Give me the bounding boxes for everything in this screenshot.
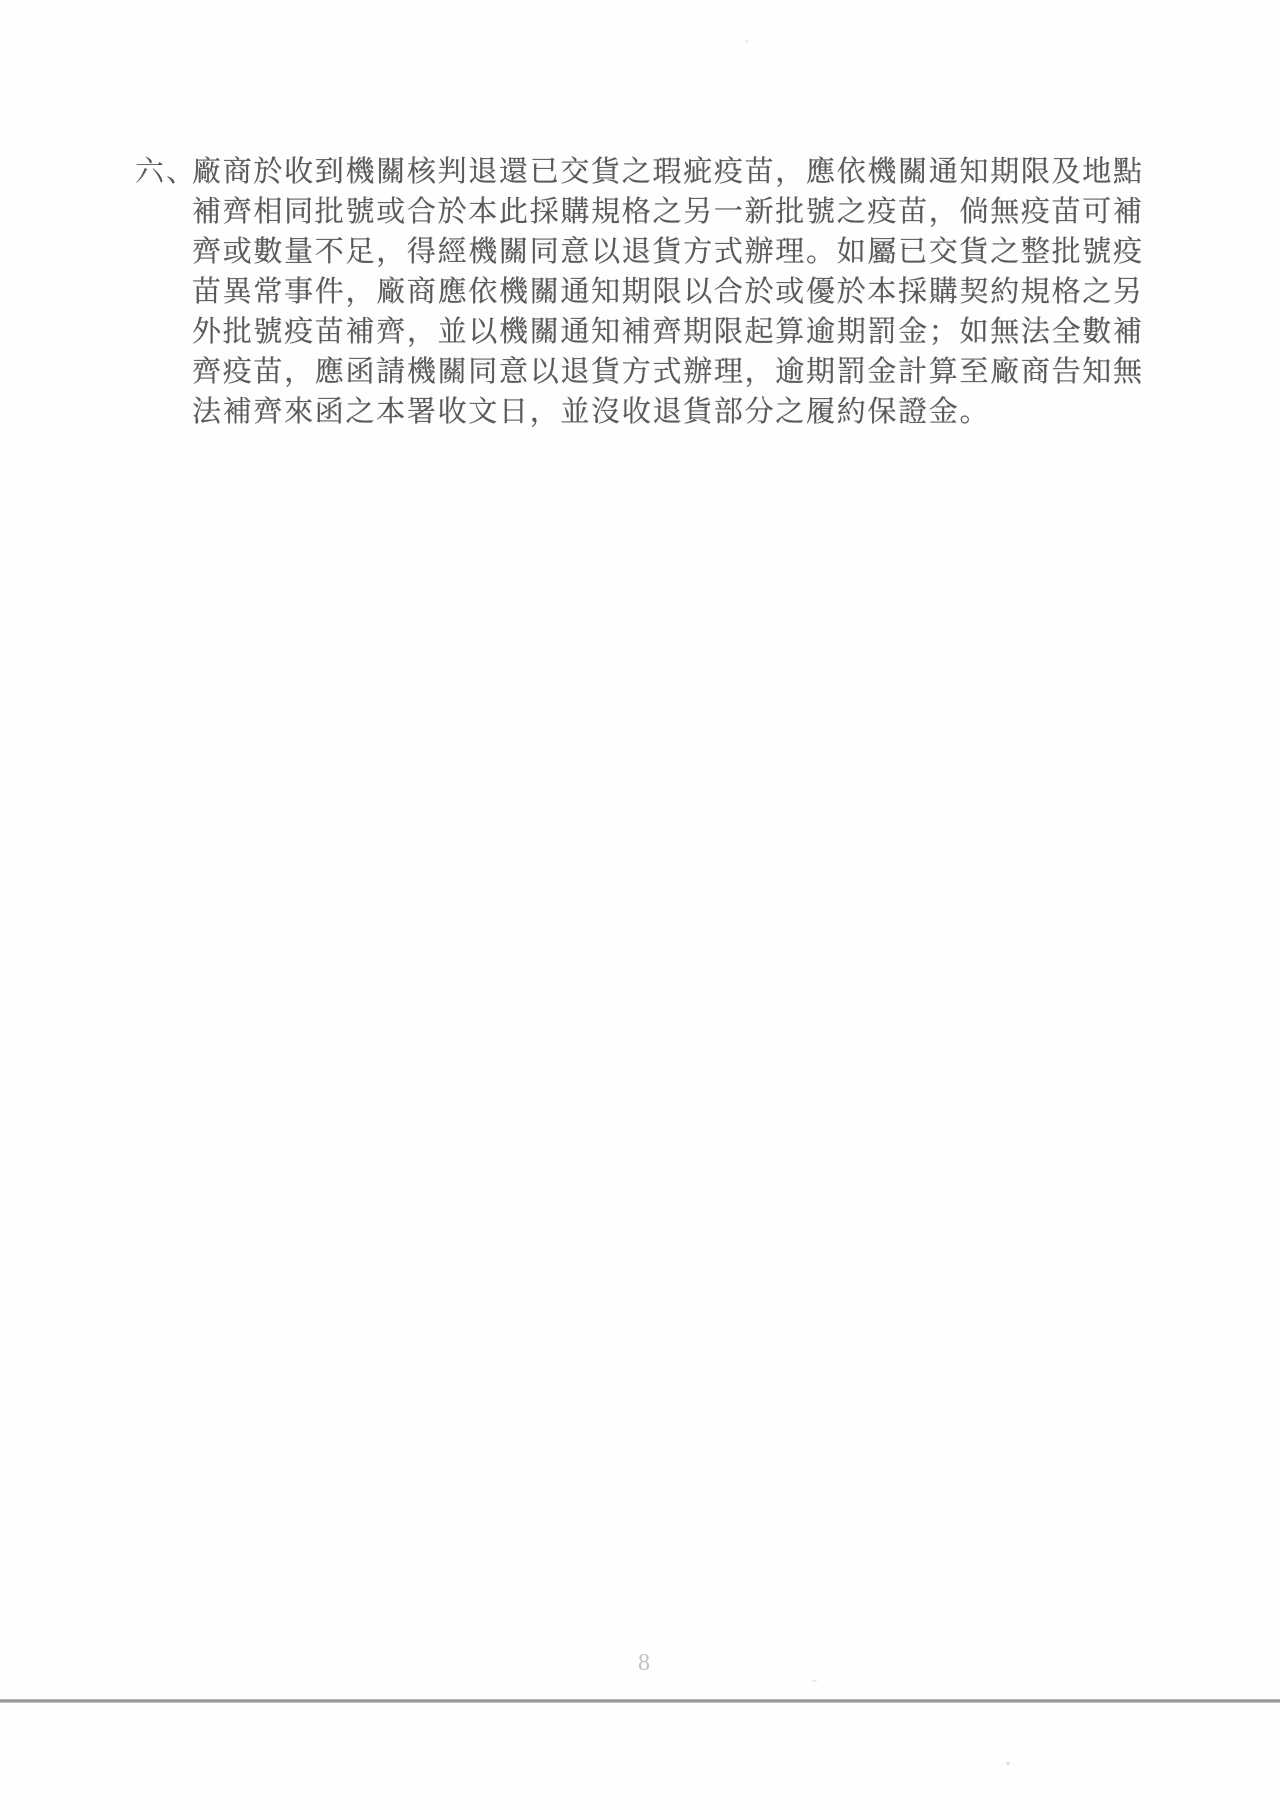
clause-text-line: 齊疫苗，應函請機關同意以退貨方式辦理，逾期罰金計算至廠商告知無: [192, 352, 1152, 392]
clause-text-line: 補齊相同批號或合於本此採購規格之另一新批號之疫苗，倘無疫苗可補: [192, 192, 1152, 232]
footer-divider-line: [0, 1699, 1280, 1703]
clause-text-line: 齊或數量不足，得經機關同意以退貨方式辦理。如屬已交貨之整批號疫: [192, 232, 1152, 272]
clause-paragraph: 廠商於收到機關核判退還已交貨之瑕疵疫苗，應依機關通知期限及地點 補齊相同批號或合…: [192, 152, 1152, 432]
clause-item-six: 六、 廠商於收到機關核判退還已交貨之瑕疵疫苗，應依機關通知期限及地點 補齊相同批…: [135, 152, 1152, 432]
scan-speckle: [1006, 1762, 1010, 1765]
clause-text-line: 苗異常事件，廠商應依機關通知期限以合於或優於本採購契約規格之另: [192, 272, 1152, 312]
scanned-document-page: 六、 廠商於收到機關核判退還已交貨之瑕疵疫苗，應依機關通知期限及地點 補齊相同批…: [0, 0, 1280, 1810]
scan-speckle: [745, 40, 748, 43]
clause-number-label: 六、: [135, 152, 192, 192]
clause-text-line: 外批號疫苗補齊，並以機關通知補齊期限起算逾期罰金；如無法全數補: [192, 312, 1152, 352]
clause-text-line: 法補齊來函之本署收文日，並沒收退貨部分之履約保證金。: [192, 392, 1152, 432]
clause-text-line: 廠商於收到機關核判退還已交貨之瑕疵疫苗，應依機關通知期限及地點: [192, 152, 1152, 192]
page-number: 8: [638, 1650, 650, 1677]
scan-speckle: [812, 1680, 817, 1682]
